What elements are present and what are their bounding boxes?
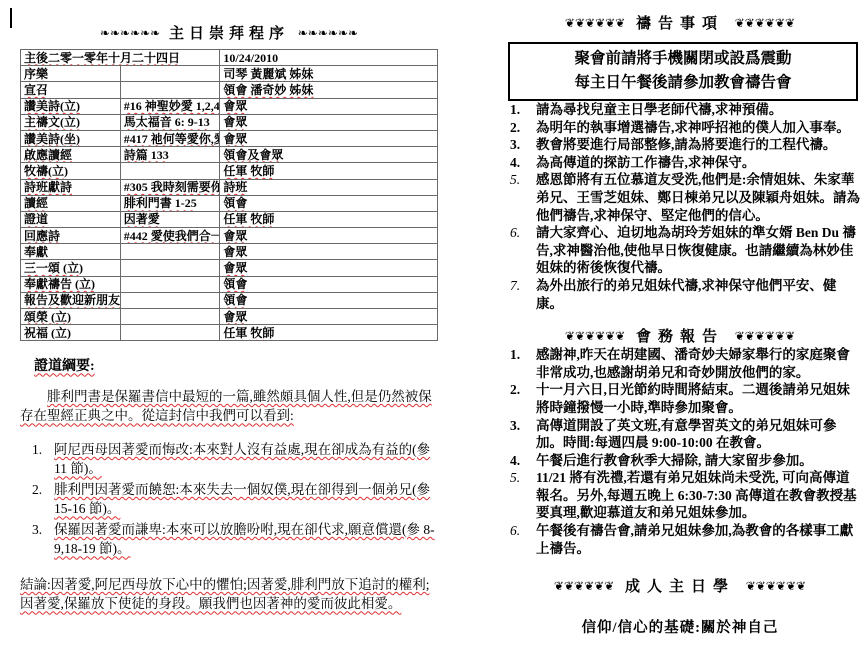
ornament-icon: ❦❦❦❦❦❦ <box>746 579 806 593</box>
item-number: 1. <box>510 101 536 119</box>
church-bulletin-document: { "ornaments": { "left_page": "❧❧❧❧❧❧", … <box>0 0 867 657</box>
service-order-table: 主後二零一零年十月二十四日 10/24/2010 序樂司琴 黃麗斌 姊妹 宣召領… <box>20 49 438 341</box>
list-item: 3.高傳道開設了英文班,有意學習英文的弟兄姐妹可參加。時間:每週四晨 9:00-… <box>510 417 860 452</box>
item-text: 請大家齊心、迫切地為胡玲芳姐妹的準女婿 Ben Du 禱告,求神醫治他,使他早日… <box>536 224 860 277</box>
sermon-intro: 腓利門書是保羅書信中最短的一篇,雖然頗具個人性,但是仍然被保存在聖經正典之中。從… <box>20 389 432 424</box>
service-content: 馬太福音 6: 9-13 <box>124 115 210 129</box>
service-content: 因著愛 <box>124 212 160 226</box>
service-item: 報告及歡迎新朋友 <box>24 293 120 307</box>
point-text: 阿尼西母因著愛而悔改:本來對人沒有益處,現在卻成為有益的(參 11 節)。 <box>54 440 438 479</box>
item-number: 5. <box>510 171 536 224</box>
item-text: 高傳道開設了英文班,有意學習英文的弟兄姐妹可參加。時間:每週四晨 9:00-10… <box>536 417 860 452</box>
table-row: 讚美詩(坐)#417 祂何等愛你,愛我會眾 <box>21 130 438 146</box>
adult-sunday-school-heading: ❦❦❦❦❦❦ 成人主日學 ❦❦❦❦❦❦ <box>500 575 860 596</box>
table-row: 頌榮 (立)會眾 <box>21 309 438 325</box>
table-row: 回應詩#442 愛使我們合一會眾 <box>21 228 438 244</box>
item-text: 為明年的執事增選禱告,求神呼招祂的僕人加入事奉。 <box>536 119 850 137</box>
worship-order-page: ❧❧❧❧❧❧ 主日崇拜程序 ❧❧❧❧❧❧ 主後二零一零年十月二十四日 10/24… <box>20 18 438 614</box>
item-number: 7. <box>510 277 536 312</box>
table-row: 主禱文(立)馬太福音 6: 9-13會眾 <box>21 114 438 130</box>
adult-sunday-school-heading-text: 成人主日學 <box>625 579 735 595</box>
service-content: #417 祂何等愛你,愛我 <box>124 132 220 146</box>
list-item: 5.11/21 將有洗禮,若還有弟兄姐妹尚未受洗, 可向高傳道報名。另外,每週五… <box>510 469 860 522</box>
item-number: 6. <box>510 224 536 277</box>
service-item: 三一頌 (立) <box>24 261 83 275</box>
service-item: 祝福 (立) <box>24 326 71 340</box>
table-row: 主後二零一零年十月二十四日 10/24/2010 <box>21 50 438 66</box>
church-report-heading-text: 會務報告 <box>636 329 724 345</box>
phone-notice-box: 聚會前請將手機關閉或設爲震動 每主日午餐後請參加教會禱告會 <box>508 42 858 101</box>
service-item: 奉獻 <box>24 245 48 259</box>
service-date-cn: 主後二零一零年十月二十四日 <box>24 51 180 65</box>
list-item: 1.感謝神,昨天在胡建國、潘奇妙夫婦家舉行的家庭聚會非常成功,也感謝胡弟兄和奇妙… <box>510 346 860 381</box>
announcements-page: ❦❦❦❦❦❦ 禱告事項 ❦❦❦❦❦❦ 聚會前請將手機關閉或設爲震動 每主日午餐後… <box>500 12 860 637</box>
ornament-icon: ❦❦❦❦❦❦ <box>735 16 795 30</box>
service-item: 回應詩 <box>24 229 60 243</box>
item-number: 3. <box>510 417 536 452</box>
table-row: 詩班獻詩#305 我時刻需要你詩班 <box>21 179 438 195</box>
service-by: 會眾 <box>223 310 247 324</box>
service-by: 會眾 <box>223 229 247 243</box>
table-row: 三一頌 (立)會眾 <box>21 260 438 276</box>
service-by: 任軍 牧師 <box>223 212 274 226</box>
service-item: 牧禱(立) <box>24 164 68 178</box>
point-number: 1. <box>32 440 54 479</box>
service-by: 會眾 <box>223 261 247 275</box>
item-text: 十一月六日,日光節約時間將結束。二週後請弟兄姐妹將時鐘撥慢一小時,準時參加聚會。 <box>536 381 860 416</box>
ornament-icon: ❦❦❦❦❦❦ <box>735 329 795 343</box>
sermon-conclusion: 結論:因著愛,阿尼西母放下心中的懼怕;因著愛,腓利門放下追討的權利;因著愛,保羅… <box>20 577 430 612</box>
text-cursor <box>10 8 12 28</box>
service-content: 詩篇 133 <box>124 148 169 162</box>
notice-line-1: 聚會前請將手機關閉或設爲震動 <box>510 47 856 71</box>
prayer-items-heading-text: 禱告事項 <box>636 16 724 32</box>
point-number: 2. <box>32 480 54 519</box>
item-number: 6. <box>510 522 536 557</box>
sermon-points-list: 1.阿尼西母因著愛而悔改:本來對人沒有益處,現在卻成為有益的(參 11 節)。 … <box>20 440 438 559</box>
service-by: 會眾 <box>223 115 247 129</box>
ornament-icon: ❦❦❦❦❦❦ <box>554 579 614 593</box>
point-text: 保羅因著愛而謙卑:本來可以放膽吩咐,現在卻代求,願意償還(參 8-9,18-19… <box>54 520 438 559</box>
service-item: 讚美詩(坐) <box>24 132 80 146</box>
table-row: 報告及歡迎新朋友領會 <box>21 292 438 308</box>
item-number: 4. <box>510 452 536 470</box>
prayer-items-list: 1.請為尋找兒童主日學老師代禱,求神預備。 2.為明年的執事增選禱告,求神呼招祂… <box>500 101 860 312</box>
list-item: 5.感恩節將有五位慕道友受洗,他們是:余情姐妹、朱家華弟兄、王雪芝姐妹、鄭日棟弟… <box>510 171 860 224</box>
ornament-icon: ❧❧❧❧❧❧ <box>100 26 160 40</box>
table-row: 奉獻會眾 <box>21 244 438 260</box>
table-row: 宣召領會 潘奇妙 姊妹 <box>21 82 438 98</box>
service-item: 讀經 <box>24 196 48 210</box>
list-item: 4.為高傳道的探訪工作禱告,求神保守。 <box>510 154 860 172</box>
list-item: 6.請大家齊心、迫切地為胡玲芳姐妹的準女婿 Ben Du 禱告,求神醫治他,使他… <box>510 224 860 277</box>
service-by: 會眾 <box>223 132 247 146</box>
list-item: 2.為明年的執事增選禱告,求神呼招祂的僕人加入事奉。 <box>510 119 860 137</box>
service-item: 序樂 <box>24 67 48 81</box>
service-item: 頌榮 (立) <box>24 310 71 324</box>
ornament-icon: ❦❦❦❦❦❦ <box>565 16 625 30</box>
point-number: 3. <box>32 520 54 559</box>
service-by: 任軍 牧師 <box>223 326 274 340</box>
table-row: 讚美詩(立)#16 神聖妙愛 1,2,4會眾 <box>21 98 438 114</box>
list-item: 1.請為尋找兒童主日學老師代禱,求神預備。 <box>510 101 860 119</box>
worship-order-title: ❧❧❧❧❧❧ 主日崇拜程序 ❧❧❧❧❧❧ <box>20 22 438 43</box>
table-row: 牧禱(立)任軍 牧師 <box>21 163 438 179</box>
item-number: 2. <box>510 381 536 416</box>
service-by: 領會及會眾 <box>223 148 283 162</box>
table-row: 讀經腓利門書 1-25領會 <box>21 195 438 211</box>
service-item: 證道 <box>24 212 48 226</box>
list-item: 4.午餐后進行教會秋季大掃除, 請大家留步參加。 <box>510 452 860 470</box>
church-report-list: 1.感謝神,昨天在胡建國、潘奇妙夫婦家舉行的家庭聚會非常成功,也感謝胡弟兄和奇妙… <box>500 346 860 557</box>
table-row: 奉獻禱告 (立)領會 <box>21 276 438 292</box>
service-by: 領會 <box>223 196 247 210</box>
list-item: 3.教會將要進行局部整修,請為將要進行的工程代禱。 <box>510 136 860 154</box>
ornament-icon: ❧❧❧❧❧❧ <box>298 26 358 40</box>
service-content: 腓利門書 1-25 <box>124 196 197 210</box>
service-content: #305 我時刻需要你 <box>124 180 220 194</box>
service-by: 領會 <box>223 277 247 291</box>
service-item: 詩班獻詩 <box>24 180 72 194</box>
item-text: 請為尋找兒童主日學老師代禱,求神預備。 <box>536 101 782 119</box>
table-row: 序樂司琴 黃麗斌 姊妹 <box>21 66 438 82</box>
service-by: 任軍 牧師 <box>223 164 274 178</box>
service-by: 領會 潘奇妙 姊妹 <box>223 83 313 97</box>
item-number: 5. <box>510 469 536 522</box>
list-item: 1.阿尼西母因著愛而悔改:本來對人沒有益處,現在卻成為有益的(參 11 節)。 <box>32 440 438 479</box>
item-number: 2. <box>510 119 536 137</box>
notice-line-2: 每主日午餐後請參加教會禱告會 <box>510 71 856 95</box>
item-text: 午餐後有禱告會,請弟兄姐妹參加,為教會的各樣事工獻上禱告。 <box>536 522 860 557</box>
prayer-items-heading: ❦❦❦❦❦❦ 禱告事項 ❦❦❦❦❦❦ <box>500 12 860 33</box>
item-text: 午餐后進行教會秋季大掃除, 請大家留步參加。 <box>536 452 813 470</box>
list-item: 6.午餐後有禱告會,請弟兄姐妹參加,為教會的各樣事工獻上禱告。 <box>510 522 860 557</box>
list-item: 7.為外出旅行的弟兄姐妹代禱,求神保守他們平安、健康。 <box>510 277 860 312</box>
service-by: 會眾 <box>223 245 247 259</box>
item-text: 感恩節將有五位慕道友受洗,他們是:余情姐妹、朱家華弟兄、王雪芝姐妹、鄭日棟弟兄以… <box>536 171 860 224</box>
table-row: 啟應讀經詩篇 133領會及會眾 <box>21 147 438 163</box>
list-item: 2.十一月六日,日光節約時間將結束。二週後請弟兄姐妹將時鐘撥慢一小時,準時參加聚… <box>510 381 860 416</box>
adult-sunday-school-topic: 信仰/信心的基礎:關於神自己 <box>500 616 860 637</box>
service-item: 啟應讀經 <box>24 148 72 162</box>
worship-order-title-text: 主日崇拜程序 <box>169 26 289 42</box>
table-row: 祝福 (立)任軍 牧師 <box>21 325 438 341</box>
service-by: 領會 <box>223 293 247 307</box>
sermon-outline-section: 證道綱要: 腓利門書是保羅書信中最短的一篇,雖然頗具個人性,但是仍然被保存在聖經… <box>20 357 438 614</box>
service-item: 主禱文(立) <box>24 115 80 129</box>
item-text: 教會將要進行局部整修,請為將要進行的工程代禱。 <box>536 136 836 154</box>
service-by: 司琴 黃麗斌 姊妹 <box>223 67 313 81</box>
item-text: 感謝神,昨天在胡建國、潘奇妙夫婦家舉行的家庭聚會非常成功,也感謝胡弟兄和奇妙開放… <box>536 346 860 381</box>
point-text: 腓利門因著愛而饒恕:本來失去一個奴僕,現在卻得到一個弟兄(參 15-16 節)。 <box>54 480 438 519</box>
service-item: 宣召 <box>24 83 48 97</box>
list-item: 3.保羅因著愛而謙卑:本來可以放膽吩咐,現在卻代求,願意償還(參 8-9,18-… <box>32 520 438 559</box>
service-by: 詩班 <box>223 180 247 194</box>
item-text: 為高傳道的探訪工作禱告,求神保守。 <box>536 154 755 172</box>
service-item: 讚美詩(立) <box>24 99 80 113</box>
service-content: #16 神聖妙愛 1,2,4 <box>124 99 220 113</box>
ornament-icon: ❦❦❦❦❦❦ <box>565 329 625 343</box>
table-row: 證道因著愛任軍 牧師 <box>21 211 438 227</box>
item-number: 1. <box>510 346 536 381</box>
church-report-heading: ❦❦❦❦❦❦ 會務報告 ❦❦❦❦❦❦ <box>500 325 860 346</box>
sermon-outline-heading: 證道綱要: <box>34 359 95 374</box>
item-number: 3. <box>510 136 536 154</box>
service-by: 會眾 <box>223 99 247 113</box>
item-number: 4. <box>510 154 536 172</box>
service-date-en: 10/24/2010 <box>223 51 278 65</box>
item-text: 為外出旅行的弟兄姐妹代禱,求神保守他們平安、健康。 <box>536 277 860 312</box>
list-item: 2.腓利門因著愛而饒恕:本來失去一個奴僕,現在卻得到一個弟兄(參 15-16 節… <box>32 480 438 519</box>
item-text: 11/21 將有洗禮,若還有弟兄姐妹尚未受洗, 可向高傳道報名。另外,每週五晚上… <box>536 469 860 522</box>
service-item: 奉獻禱告 (立) <box>24 277 95 291</box>
service-content: #442 愛使我們合一 <box>124 229 220 243</box>
